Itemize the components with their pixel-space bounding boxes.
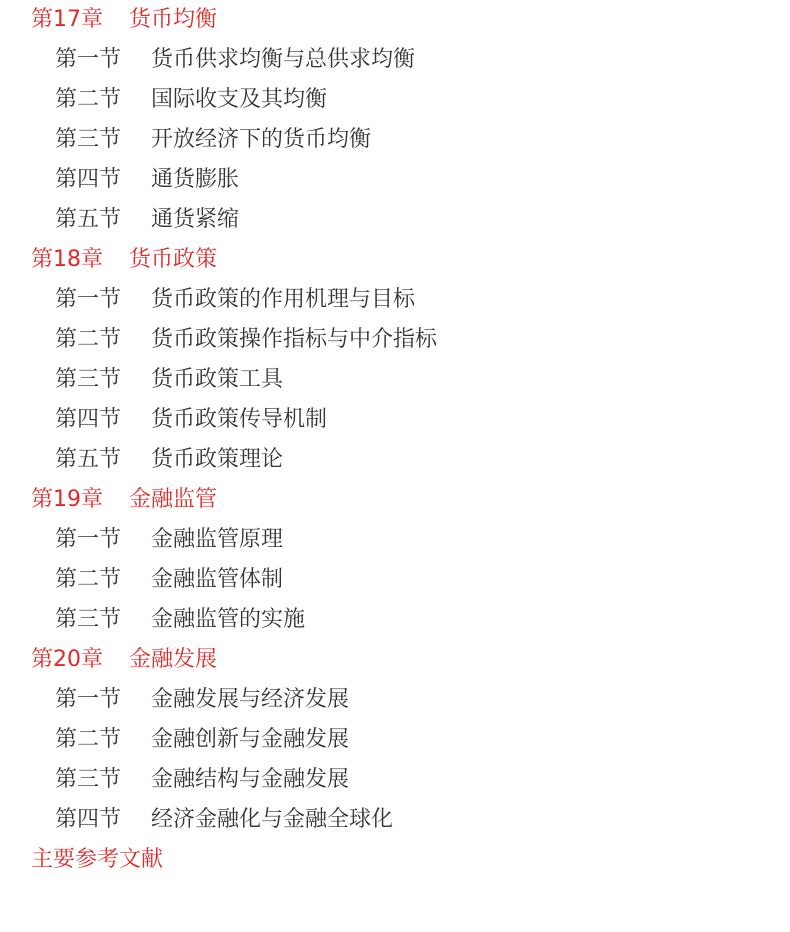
section-number: 第二节: [55, 320, 151, 360]
section-item: 第一节金融监管原理: [31, 520, 437, 560]
section-title: 货币供求均衡与总供求均衡: [151, 47, 415, 72]
section-number: 第三节: [55, 600, 151, 640]
section-item: 第三节开放经济下的货币均衡: [31, 120, 437, 160]
section-number: 第三节: [55, 360, 151, 400]
section-item: 第四节通货膨胀: [31, 160, 437, 200]
section-title: 货币政策的作用机理与目标: [151, 287, 415, 312]
chapter-title: 货币均衡: [129, 7, 217, 32]
section-item: 第二节金融创新与金融发展: [31, 720, 437, 760]
section-number: 第四节: [55, 400, 151, 440]
references-title: 主要参考文献: [31, 847, 163, 872]
section-number: 第三节: [55, 760, 151, 800]
section-item: 第五节通货紧缩: [31, 200, 437, 240]
section-number: 第二节: [55, 80, 151, 120]
section-title: 经济金融化与金融全球化: [151, 807, 393, 832]
section-item: 第四节经济金融化与金融全球化: [31, 800, 437, 840]
section-title: 货币政策操作指标与中介指标: [151, 327, 437, 352]
chapter-17: 第17章货币均衡: [31, 0, 437, 40]
section-item: 第三节金融结构与金融发展: [31, 760, 437, 800]
section-title: 国际收支及其均衡: [151, 87, 327, 112]
section-number: 第四节: [55, 800, 151, 840]
chapter-number: 第18章: [31, 240, 129, 280]
section-title: 金融监管原理: [151, 527, 283, 552]
section-item: 第一节货币政策的作用机理与目标: [31, 280, 437, 320]
references-heading: 主要参考文献: [31, 840, 437, 880]
chapter-19: 第19章金融监管: [31, 480, 437, 520]
section-number: 第一节: [55, 280, 151, 320]
chapter-title: 金融监管: [129, 487, 217, 512]
section-item: 第五节货币政策理论: [31, 440, 437, 480]
chapter-20: 第20章金融发展: [31, 640, 437, 680]
section-title: 金融发展与经济发展: [151, 687, 349, 712]
section-title: 货币政策传导机制: [151, 407, 327, 432]
section-item: 第四节货币政策传导机制: [31, 400, 437, 440]
chapter-number: 第19章: [31, 480, 129, 520]
section-title: 货币政策理论: [151, 447, 283, 472]
chapter-title: 货币政策: [129, 247, 217, 272]
section-number: 第二节: [55, 560, 151, 600]
section-number: 第一节: [55, 40, 151, 80]
section-number: 第一节: [55, 680, 151, 720]
section-title: 金融监管体制: [151, 567, 283, 592]
section-title: 通货紧缩: [151, 207, 239, 232]
section-number: 第五节: [55, 440, 151, 480]
section-title: 货币政策工具: [151, 367, 283, 392]
section-title: 金融监管的实施: [151, 607, 305, 632]
section-item: 第三节金融监管的实施: [31, 600, 437, 640]
chapter-number: 第17章: [31, 0, 129, 40]
section-title: 通货膨胀: [151, 167, 239, 192]
section-number: 第四节: [55, 160, 151, 200]
section-number: 第五节: [55, 200, 151, 240]
section-number: 第二节: [55, 720, 151, 760]
section-title: 开放经济下的货币均衡: [151, 127, 371, 152]
section-item: 第一节金融发展与经济发展: [31, 680, 437, 720]
chapter-18: 第18章货币政策: [31, 240, 437, 280]
section-title: 金融创新与金融发展: [151, 727, 349, 752]
section-item: 第二节货币政策操作指标与中介指标: [31, 320, 437, 360]
chapter-number: 第20章: [31, 640, 129, 680]
section-item: 第三节货币政策工具: [31, 360, 437, 400]
section-item: 第二节金融监管体制: [31, 560, 437, 600]
section-title: 金融结构与金融发展: [151, 767, 349, 792]
chapter-title: 金融发展: [129, 647, 217, 672]
table-of-contents: 第17章货币均衡 第一节货币供求均衡与总供求均衡 第二节国际收支及其均衡 第三节…: [31, 0, 437, 880]
section-number: 第三节: [55, 120, 151, 160]
section-number: 第一节: [55, 520, 151, 560]
section-item: 第一节货币供求均衡与总供求均衡: [31, 40, 437, 80]
section-item: 第二节国际收支及其均衡: [31, 80, 437, 120]
